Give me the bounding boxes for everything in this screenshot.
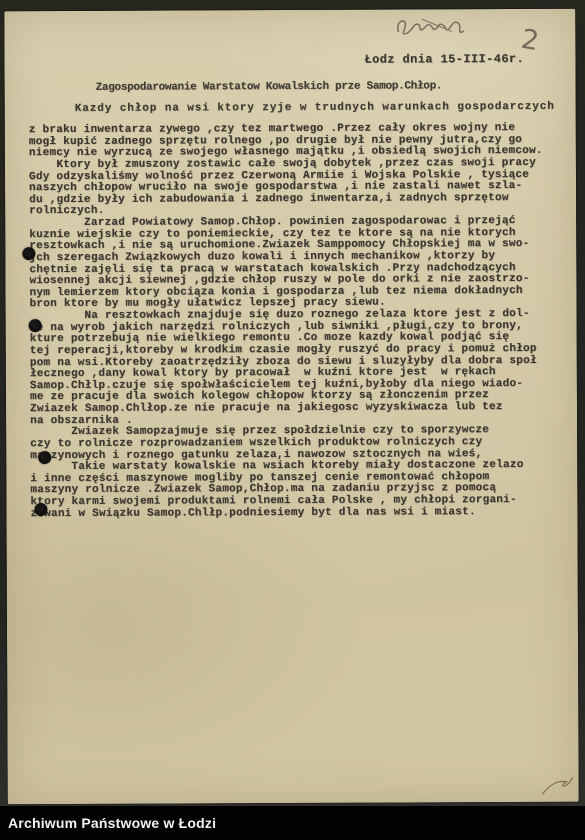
hole-punch — [38, 451, 51, 464]
body-line: Zwiazek Samop.Chlłop.ze nie pracuje na j… — [30, 402, 570, 416]
paper-sheet: 2 Łodz dnia 15-III-46r. Zagospodarowanie… — [4, 9, 578, 804]
date-line: Łodz dnia 15-III-46r. — [364, 52, 524, 67]
body-line: zowani w Swiązku Samop.Chlłp.podniesiemy… — [30, 506, 570, 520]
pencil-scribble — [391, 14, 471, 42]
document-body: z braku inwentarza zywego ,czy tez martw… — [29, 123, 571, 521]
ink-blemish — [541, 774, 575, 796]
document-scan: 2 Łodz dnia 15-III-46r. Zagospodarowanie… — [0, 0, 585, 840]
document-title: Zagospodarowanie Warstatow Kowalskich pr… — [96, 80, 443, 94]
hole-punch — [22, 247, 35, 260]
archive-watermark-band: Archiwum Państwowe w Łodzi — [0, 806, 585, 840]
hole-punch — [29, 319, 42, 332]
document-lead-line: Kazdy chłop na wsi ktory zyje w trudnych… — [75, 101, 555, 115]
archive-watermark: Archiwum Państwowe w Łodzi — [8, 815, 216, 831]
hole-punch — [34, 503, 47, 516]
